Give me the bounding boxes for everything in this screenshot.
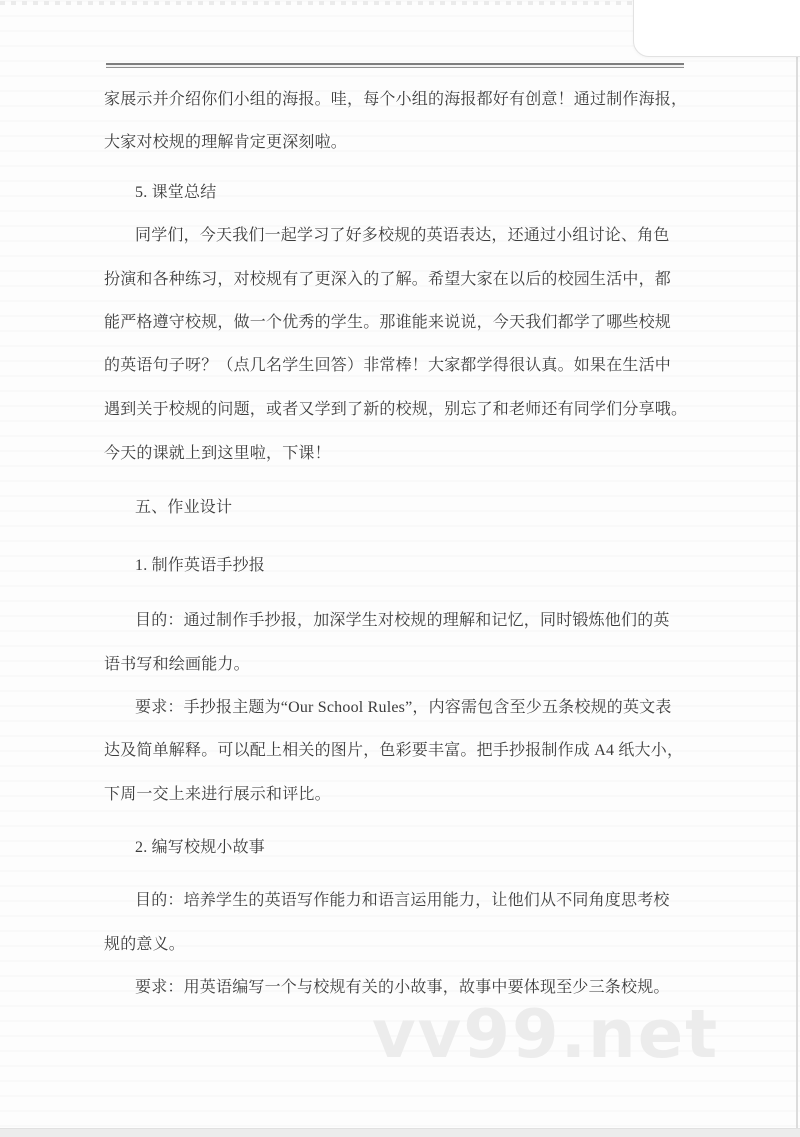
page-top-dashed-edge — [0, 1, 636, 5]
doc-heading-classroom-summary: 5. 课堂总结 — [104, 184, 755, 202]
page-right-edge-line — [796, 55, 798, 1128]
document-page: vv99.net 家展示并介绍你们小组的海报。哇，每个小组的海报都好有创意！通过… — [0, 0, 800, 1137]
doc-line: 大家对校规的理解肯定更深刻啦。 — [104, 134, 724, 152]
doc-line: 要求：手抄报主题为“Our School Rules”，内容需包含至少五条校规的… — [104, 699, 755, 717]
doc-heading-rule-story: 2. 编写校规小故事 — [104, 839, 755, 857]
doc-heading-homework-design: 五、作业设计 — [104, 499, 755, 517]
doc-line: 目的：通过制作手抄报，加深学生对校规的理解和记忆，同时锻炼他们的英 — [104, 612, 755, 630]
doc-line: 规的意义。 — [104, 936, 724, 954]
doc-line: 遇到关于校规的问题，或者又学到了新的校规，别忘了和老师还有同学们分享哦。 — [104, 401, 724, 419]
watermark: vv99.net — [372, 995, 719, 1073]
doc-line: 语书写和绘画能力。 — [104, 656, 724, 674]
doc-line: 要求：用英语编写一个与校规有关的小故事，故事中要体现至少三条校规。 — [104, 979, 755, 997]
doc-line: 同学们，今天我们一起学习了好多校规的英语表达，还通过小组讨论、角色 — [104, 227, 755, 245]
doc-line: 达及简单解释。可以配上相关的图片，色彩要丰富。把手抄报制作成 A4 纸大小， — [104, 742, 724, 760]
doc-line: 的英语句子呀？（点几名学生回答）非常棒！大家都学得很认真。如果在生活中 — [104, 357, 724, 375]
doc-line: 下周一交上来进行展示和评比。 — [104, 786, 724, 804]
doc-heading-handwritten-newspaper: 1. 制作英语手抄报 — [104, 557, 755, 575]
page-bottom-edge — [0, 1128, 800, 1137]
corner-popup-panel[interactable] — [633, 0, 800, 57]
doc-line: 今天的课就上到这里啦，下课！ — [104, 445, 724, 463]
doc-line: 能严格遵守校规，做一个优秀的学生。那谁能来说说，今天我们都学了哪些校规 — [104, 314, 724, 332]
doc-line: 家展示并介绍你们小组的海报。哇，每个小组的海报都好有创意！通过制作海报， — [104, 91, 724, 109]
doc-line: 扮演和各种练习，对校规有了更深入的了解。希望大家在以后的校园生活中，都 — [104, 271, 724, 289]
doc-line: 目的：培养学生的英语写作能力和语言运用能力，让他们从不同角度思考校 — [104, 892, 755, 910]
header-separator-line — [106, 63, 684, 68]
